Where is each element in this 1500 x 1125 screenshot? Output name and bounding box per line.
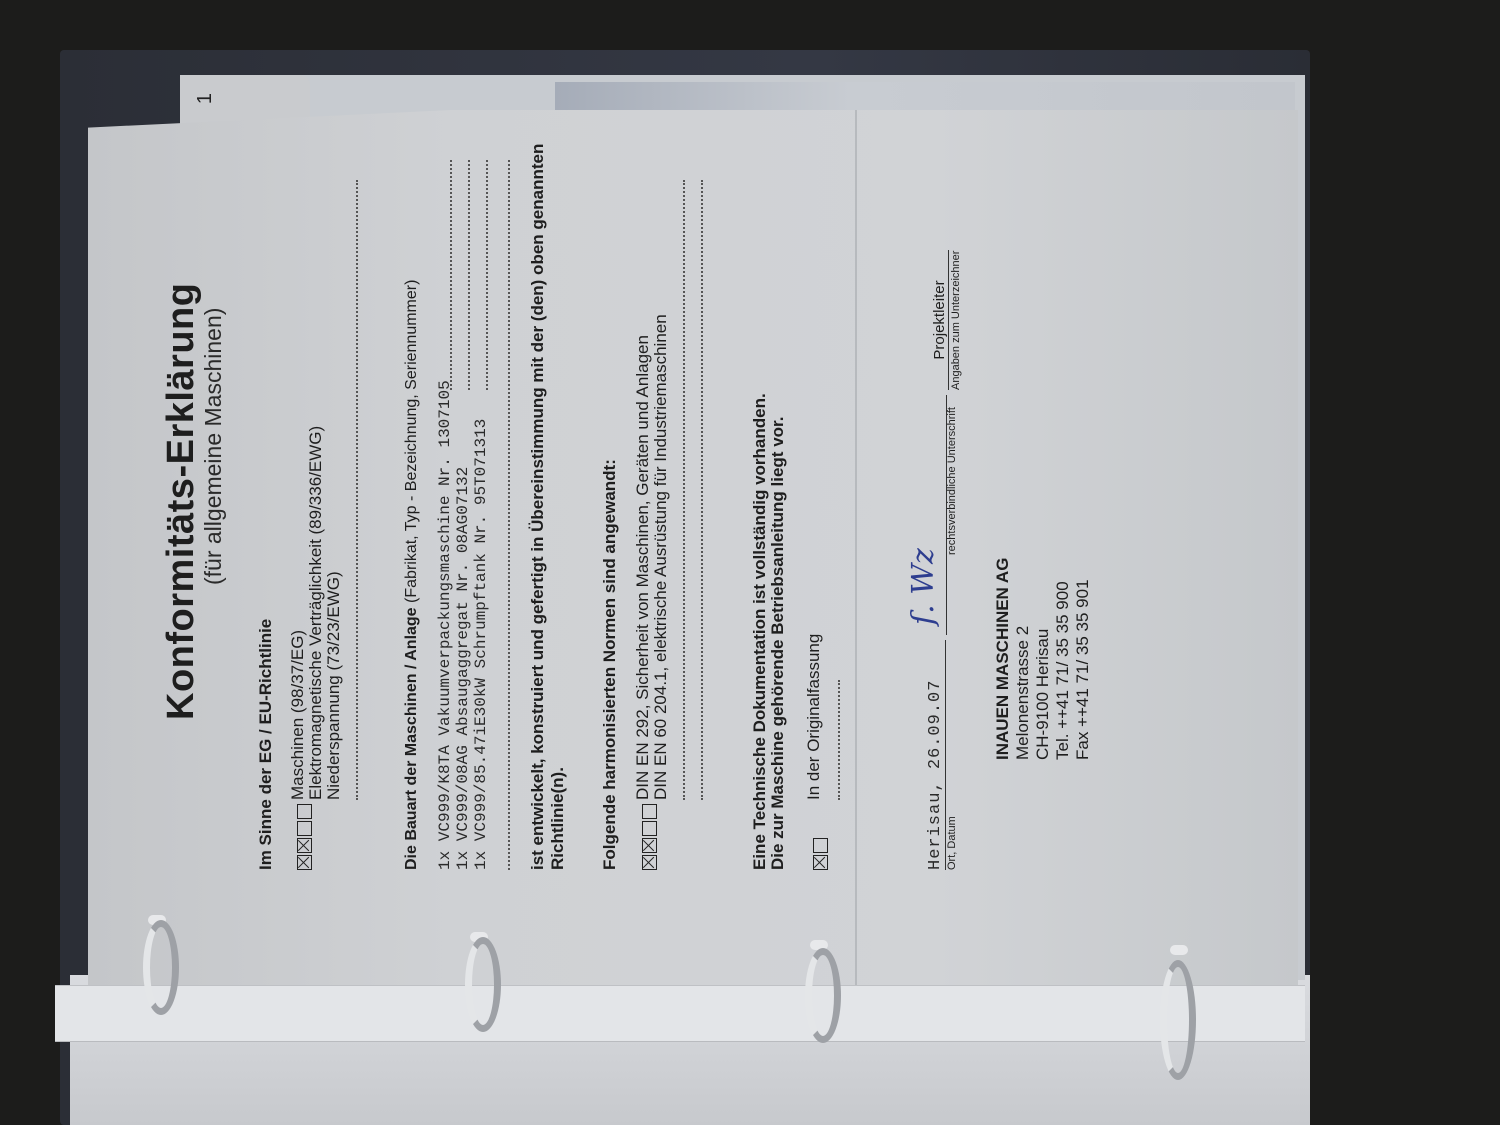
checkbox-niederspannung[interactable] xyxy=(297,821,312,836)
machine-line-3 xyxy=(486,160,488,390)
checkbox-din-en-60204[interactable] xyxy=(642,838,657,853)
handwritten-signature: ſ. Wz xyxy=(906,548,941,625)
binder-ring-1 xyxy=(143,920,179,1015)
documentation-item-1: In der Originalfassung xyxy=(804,634,824,800)
machine-entry-2: 1x VC999/08AG Absaugaggregat Nr. 08AG071… xyxy=(454,467,472,870)
role-field: Projektleiter xyxy=(931,250,949,390)
documentation-blank-line xyxy=(838,680,840,800)
machine-line-1 xyxy=(450,160,452,390)
norm-2: DIN EN 60 204.1, elektrische Ausrüstung … xyxy=(651,314,671,800)
machines-heading-normal: (Fabrikat, Typ - Bezeichnung, Seriennumm… xyxy=(403,280,420,603)
signature-caption: rechtsverbindliche Unterschrift xyxy=(946,407,958,555)
norm-checkboxes xyxy=(642,804,657,870)
documentation-line-1: Eine Technische Dokumentation ist vollst… xyxy=(750,393,770,870)
machine-line-4 xyxy=(508,160,510,870)
norm-1: DIN EN 292, Sicherheit von Maschinen, Ge… xyxy=(633,335,653,800)
checkbox-other-version[interactable] xyxy=(813,838,828,853)
machines-heading-bold: Die Bauart der Maschinen / Anlage xyxy=(403,607,420,870)
company-street: Melonenstrasse 2 xyxy=(1013,558,1033,760)
company-name: INAUEN MASCHINEN AG xyxy=(993,558,1013,760)
directive-checkboxes xyxy=(297,804,312,870)
directive-1: Maschinen (98/37/EG) xyxy=(288,630,308,800)
company-city: CH-9100 Herisau xyxy=(1033,558,1053,760)
place-date-caption: Ort, Datum xyxy=(946,816,958,870)
norms-heading: Folgende harmonisierten Normen sind ange… xyxy=(600,459,620,870)
binder-ring-3 xyxy=(805,948,841,1043)
checkbox-norm-4[interactable] xyxy=(642,804,657,819)
checkbox-other[interactable] xyxy=(297,804,312,819)
checkbox-emv[interactable] xyxy=(297,838,312,853)
binder-ring-4 xyxy=(1160,960,1196,1080)
tab-number: 1 xyxy=(194,93,217,104)
binder-strip xyxy=(55,985,1305,1042)
machine-entry-3: 1x VC999/85.47iE30kW Schrumpftank Nr. 95… xyxy=(472,419,490,870)
directive-2: Elektromagnetische Verträglichkeit (89/3… xyxy=(306,426,326,800)
documentation-checkboxes xyxy=(813,838,828,870)
machine-entry-1: 1x VC999/K8TA Vakuumverpackungsmaschine … xyxy=(436,380,454,870)
conformity-declaration: Konformitäts-Erklärung (für allgemeine M… xyxy=(88,110,1298,990)
company-fax: Fax ++41 71/ 35 35 901 xyxy=(1073,558,1093,760)
role-caption: Angaben zum Unterzeichner xyxy=(950,251,962,390)
company-address: INAUEN MASCHINEN AG Melonenstrasse 2 CH-… xyxy=(993,558,1093,760)
checkbox-norm-3[interactable] xyxy=(642,821,657,836)
norm-blank-line-2 xyxy=(701,180,703,800)
directives-heading: Im Sinne der EG / EU-Richtlinie xyxy=(256,619,276,870)
conformity-line-2: Richtlinie(n). xyxy=(548,767,568,870)
machine-line-2 xyxy=(468,160,470,390)
directive-blank-line xyxy=(356,180,358,800)
checkbox-maschinen[interactable] xyxy=(297,855,312,870)
company-phone: Tel. ++41 71/ 35 35 900 xyxy=(1053,558,1073,760)
punch-hole-4 xyxy=(1170,945,1188,955)
checkbox-din-en-292[interactable] xyxy=(642,855,657,870)
page-subtitle: (für allgemeine Maschinen) xyxy=(200,308,227,585)
conformity-line-1: ist entwickelt, konstruiert und gefertig… xyxy=(528,144,548,870)
norm-blank-line-1 xyxy=(683,180,685,800)
place-date-field: Herisau, 26.09.07 xyxy=(926,640,946,870)
checkbox-originalfassung[interactable] xyxy=(813,855,828,870)
documentation-line-2: Die zur Maschine gehörende Betriebsanlei… xyxy=(768,417,788,870)
machines-heading: Die Bauart der Maschinen / Anlage (Fabri… xyxy=(403,280,421,870)
directive-3: Niederspannung (73/23/EWG) xyxy=(324,571,344,800)
page-title: Konformitäts-Erklärung xyxy=(160,283,203,720)
binder-ring-2 xyxy=(465,937,501,1032)
